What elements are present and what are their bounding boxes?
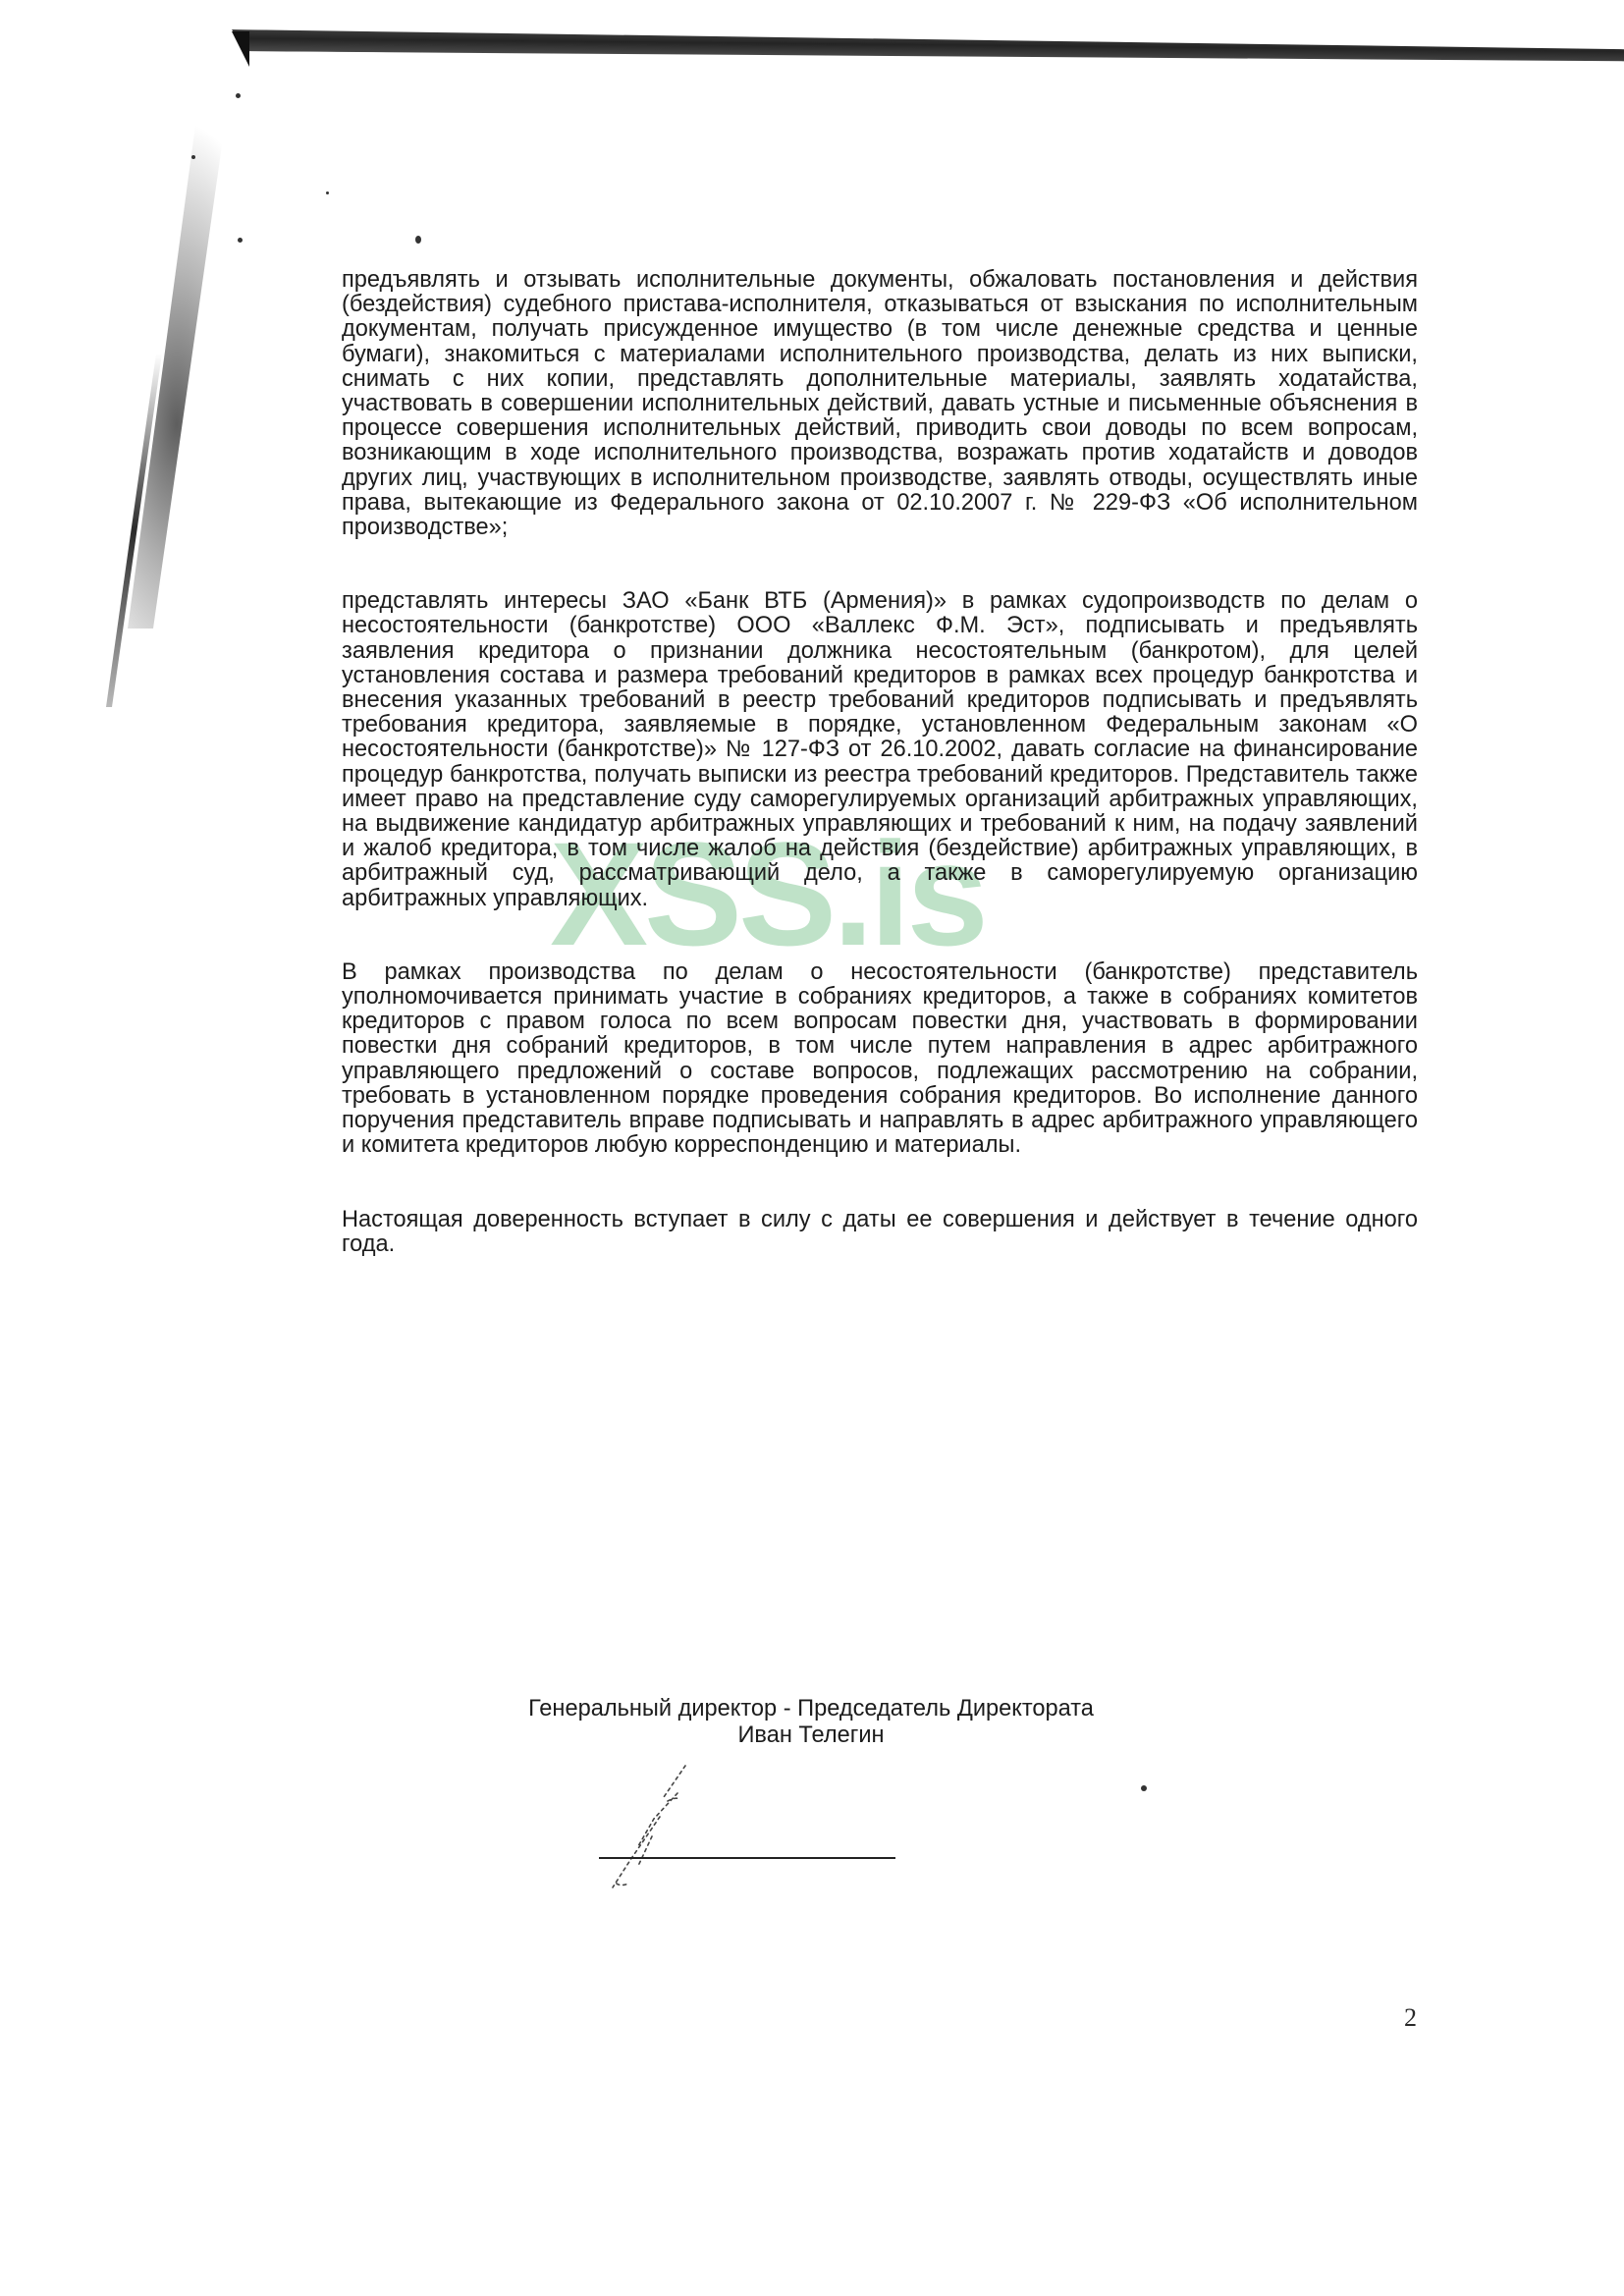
paragraph-creditors-meetings: В рамках производства по делам о несосто… <box>342 960 1418 1159</box>
scan-speck <box>238 238 243 243</box>
scan-speck <box>1141 1785 1147 1791</box>
signatory-title: Генеральный директор - Председатель Дире… <box>342 1696 1418 1722</box>
scan-speck <box>326 191 329 194</box>
paragraph-bankruptcy-representation: представлять интересы ЗАО «Банк ВТБ (Арм… <box>342 589 1418 911</box>
signatory-name: Иван Телегин <box>342 1722 1418 1749</box>
signature-block: Генеральный директор - Председатель Дире… <box>342 1696 1418 1749</box>
scan-speck <box>236 93 241 98</box>
signature-line <box>599 1857 895 1859</box>
page-number: 2 <box>1404 2003 1417 2033</box>
handwritten-signature <box>569 1758 717 1895</box>
scan-speck <box>191 155 195 159</box>
paragraph-enforcement-powers: предъявлять и отзывать исполнительные до… <box>342 268 1418 540</box>
document-body: предъявлять и отзывать исполнительные до… <box>342 268 1418 1257</box>
scan-edge-corner <box>232 31 249 67</box>
paragraph-validity-term: Настоящая доверенность вступает в силу с… <box>342 1208 1418 1257</box>
scan-edge-top <box>232 29 1624 65</box>
scan-speck <box>415 236 421 244</box>
